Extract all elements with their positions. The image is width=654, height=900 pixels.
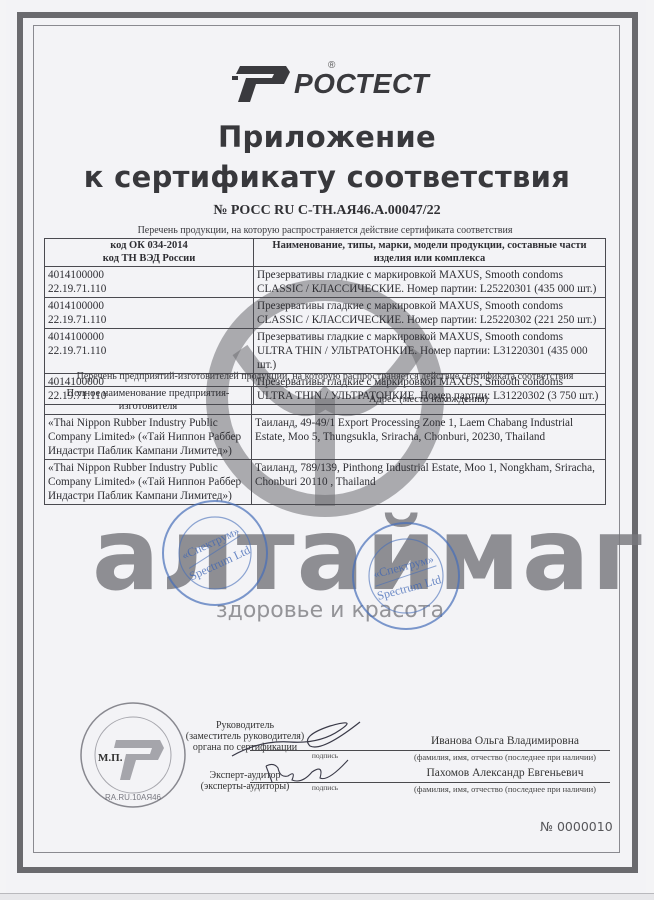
form-number: № 0000010: [540, 819, 613, 834]
products-caption: Перечень продукции, на которую распростр…: [44, 225, 606, 236]
rostest-mark-icon: [232, 62, 292, 104]
expert-name: Пахомов Александр Евгеньевич: [400, 767, 610, 779]
page-edge: [0, 893, 654, 900]
table-row: «Thai Nippon Rubber Industry Public Comp…: [45, 415, 606, 460]
signature-caption: подпись: [300, 751, 350, 760]
header-description: Наименование, типы, марки, модели продук…: [254, 239, 606, 267]
code-ok: 4014100000: [48, 330, 250, 344]
code-tnved: 22.19.71.110: [48, 282, 250, 296]
table-header-row: код ОК 034-2014 код ТН ВЭД России Наимен…: [45, 239, 606, 267]
product-description: Презервативы гладкие с маркировкой MAXUS…: [254, 298, 606, 329]
product-codes: 401410000022.19.71.110: [45, 267, 254, 298]
code-ok: 4014100000: [48, 299, 250, 313]
manufacturer-address: Таиланд, 49-49/1 Export Processing Zone …: [252, 415, 606, 460]
head-label-line: (заместитель руководителя): [160, 731, 330, 742]
header-code-ok: код ОК 034-2014: [48, 240, 250, 253]
product-description: Презервативы гладкие с маркировкой MAXUS…: [254, 267, 606, 298]
table-header-row: Полное наименование предприятия-изготови…: [45, 387, 606, 415]
code-tnved: 22.19.71.110: [48, 344, 250, 358]
product-codes: 401410000022.19.71.110: [45, 298, 254, 329]
manufacturer-name: «Thai Nippon Rubber Industry Public Comp…: [45, 460, 252, 505]
header-codes: код ОК 034-2014 код ТН ВЭД России: [45, 239, 254, 267]
head-name: Иванова Ольга Владимировна: [400, 735, 610, 747]
table-row: 401410000022.19.71.110Презервативы гладк…: [45, 298, 606, 329]
header-manufacturer-name: Полное наименование предприятия-изготови…: [45, 387, 252, 415]
code-ok: 4014100000: [48, 268, 250, 282]
manufacturer-name: «Thai Nippon Rubber Industry Public Comp…: [45, 415, 252, 460]
fio-caption: (фамилия, имя, отчество (последнее при н…: [400, 752, 610, 762]
table-row: 401410000022.19.71.110Презервативы гладк…: [45, 329, 606, 374]
code-tnved: 22.19.71.110: [48, 313, 250, 327]
header-address: Адрес (место нахождения): [252, 387, 606, 415]
manufacturers-table: Полное наименование предприятия-изготови…: [44, 386, 606, 505]
document-subtitle: к сертификату соответствия: [0, 160, 654, 194]
logo-text: РОСТЕСТ: [294, 68, 429, 100]
registered-mark: ®: [328, 60, 335, 71]
signature-caption: подпись: [300, 783, 350, 792]
stamp-place-label: М.П.: [98, 752, 122, 764]
head-label: Руководитель (заместитель руководителя) …: [160, 720, 330, 753]
fio-caption: (фамилия, имя, отчество (последнее при н…: [400, 784, 610, 794]
manufacturers-caption: Перечень предприятий-изготовителей проду…: [44, 371, 606, 382]
product-codes: 401410000022.19.71.110: [45, 329, 254, 374]
certificate-number: № РОСС RU С-TH.АЯ46.А.00047/22: [0, 203, 654, 219]
header-code-tnved: код ТН ВЭД России: [48, 253, 250, 266]
head-label-line: Руководитель: [160, 720, 330, 731]
expert-label-line: Эксперт-аудитор: [160, 770, 330, 781]
rostest-logo: РОСТЕСТ ®: [232, 62, 452, 102]
manufacturer-address: Таиланд, 789/139, Pinthong Industrial Es…: [252, 460, 606, 505]
document-title: Приложение: [0, 120, 654, 154]
table-row: «Thai Nippon Rubber Industry Public Comp…: [45, 460, 606, 505]
table-row: 401410000022.19.71.110Презервативы гладк…: [45, 267, 606, 298]
product-description: Презервативы гладкие с маркировкой MAXUS…: [254, 329, 606, 374]
